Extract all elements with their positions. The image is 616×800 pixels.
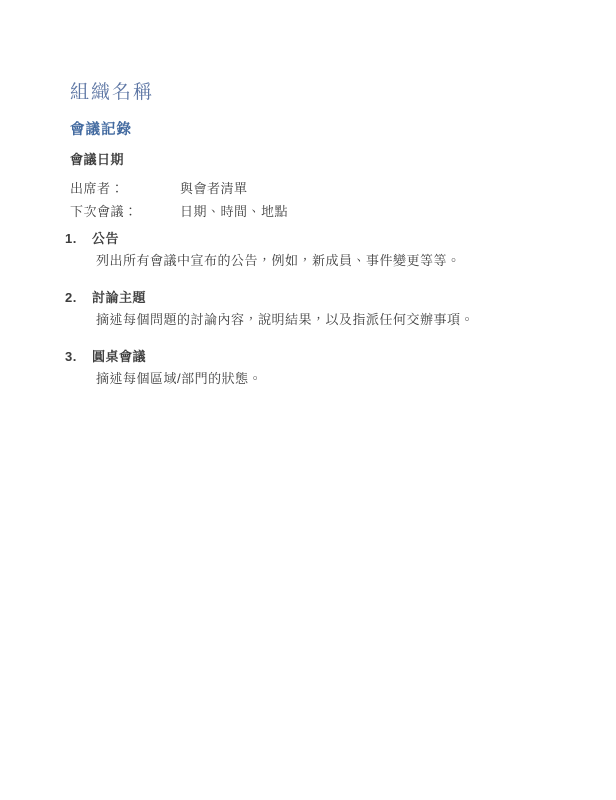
- agenda-sections: 1. 公告 列出所有會議中宣布的公告，例如，新成員、事件變更等等。 2. 討論主…: [70, 230, 556, 387]
- section-heading: 1. 公告: [65, 230, 556, 248]
- attendees-value: 與會者清單: [180, 177, 556, 200]
- section-number: 2.: [65, 289, 92, 307]
- meeting-date-label: 會議日期: [70, 151, 556, 169]
- organization-name-title: 組織名稱: [70, 80, 556, 106]
- section-body-text: 摘述每個問題的討論內容，說明結果，以及指派任何交辦事項。: [96, 312, 556, 328]
- meeting-info-block: 出席者： 與會者清單 下次會議： 日期、時間、地點: [70, 177, 556, 223]
- section-number: 1.: [65, 230, 92, 248]
- next-meeting-label: 下次會議：: [70, 200, 180, 223]
- attendees-label: 出席者：: [70, 177, 180, 200]
- attendees-row: 出席者： 與會者清單: [70, 177, 556, 200]
- section-heading: 3. 圓桌會議: [65, 348, 556, 366]
- section-number: 3.: [65, 348, 92, 366]
- next-meeting-row: 下次會議： 日期、時間、地點: [70, 200, 556, 223]
- meeting-minutes-heading: 會議記錄: [70, 120, 556, 140]
- section-body-text: 列出所有會議中宣布的公告，例如，新成員、事件變更等等。: [96, 253, 556, 269]
- section-discussion-topics: 2. 討論主題 摘述每個問題的討論內容，說明結果，以及指派任何交辦事項。: [70, 289, 556, 328]
- document-page: 組織名稱 會議記錄 會議日期 出席者： 與會者清單 下次會議： 日期、時間、地點…: [0, 0, 616, 800]
- section-heading: 2. 討論主題: [65, 289, 556, 307]
- section-body-text: 摘述每個區域/部門的狀態。: [96, 371, 556, 387]
- section-heading-text: 圓桌會議: [92, 348, 146, 366]
- section-roundtable: 3. 圓桌會議 摘述每個區域/部門的狀態。: [70, 348, 556, 387]
- section-heading-text: 討論主題: [92, 289, 146, 307]
- section-heading-text: 公告: [92, 230, 119, 248]
- section-announcements: 1. 公告 列出所有會議中宣布的公告，例如，新成員、事件變更等等。: [70, 230, 556, 269]
- next-meeting-value: 日期、時間、地點: [180, 200, 556, 223]
